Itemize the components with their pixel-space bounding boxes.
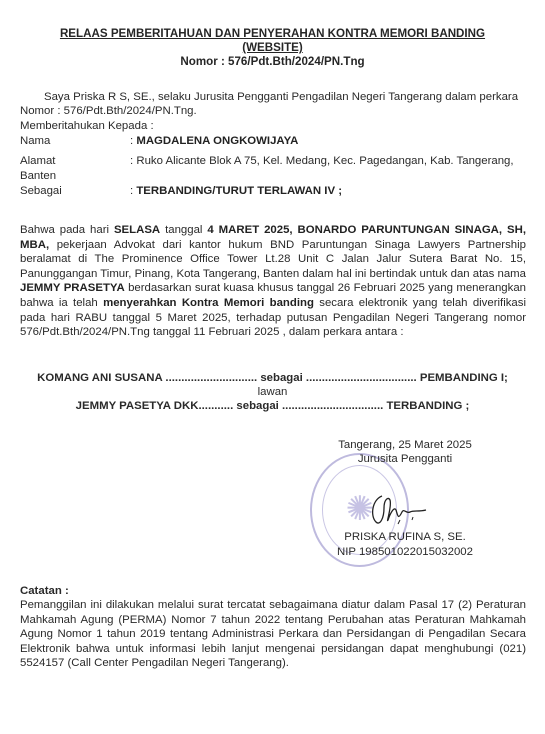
role-field: : TERBANDING/TURUT TERLAWAN IV ; (130, 184, 342, 199)
document-subtitle: (WEBSITE) (0, 41, 545, 56)
document-page: RELAAS PEMBERITAHUAN DAN PENYERAHAN KONT… (0, 0, 545, 734)
document-number: Nomor : 576/Pdt.Bth/2024/PN.Tng (0, 55, 545, 70)
action-text: menyerahkan Kontra Memori banding (103, 297, 314, 309)
parties-line-2: JEMMY PASETYA DKK........... sebagai ...… (0, 399, 545, 414)
client-name: JEMMY PRASETYA (20, 282, 125, 294)
note-text: Pemanggilan ini dilakukan melalui surat … (20, 598, 526, 671)
role-value: TERBANDING/TURUT TERLAWAN IV ; (136, 185, 342, 197)
address-field: : Ruko Alicante Blok A 75, Kel. Medang, … (130, 154, 514, 169)
address-continuation: Banten (20, 169, 56, 184)
day-name: SELASA (114, 224, 160, 236)
parties-line-1: KOMANG ANI SUSANA ......................… (0, 371, 545, 386)
body-paragraph: Bahwa pada hari SELASA tanggal 4 MARET 2… (20, 223, 526, 340)
signature-place-date: Tangerang, 25 Maret 2025 (300, 438, 510, 453)
name-label: Nama (20, 134, 50, 149)
address-value: Ruko Alicante Blok A 75, Kel. Medang, Ke… (136, 155, 513, 167)
signature-title: Jurusita Pengganti (300, 452, 510, 467)
signatory-nip: NIP 198501022015032002 (300, 545, 510, 560)
document-title: RELAAS PEMBERITAHUAN DAN PENYERAHAN KONT… (0, 27, 545, 42)
intro-line-3: Memberitahukan Kepada : (20, 119, 154, 134)
note-heading: Catatan : (20, 584, 69, 599)
role-label: Sebagai (20, 184, 62, 199)
address-label: Alamat (20, 154, 55, 169)
intro-line-2: Nomor : 576/Pdt.Bth/2024/PN.Tng. (20, 104, 197, 119)
signatory-name: PRISKA RUFINA S, SE. (300, 530, 510, 545)
name-value: MAGDALENA ONGKOWIJAYA (136, 135, 298, 147)
parties-versus: lawan (0, 385, 545, 400)
name-field: : MAGDALENA ONGKOWIJAYA (130, 134, 298, 149)
handwritten-signature-icon (368, 490, 438, 530)
intro-line-1: Saya Priska R S, SE., selaku Jurusita Pe… (44, 90, 518, 105)
